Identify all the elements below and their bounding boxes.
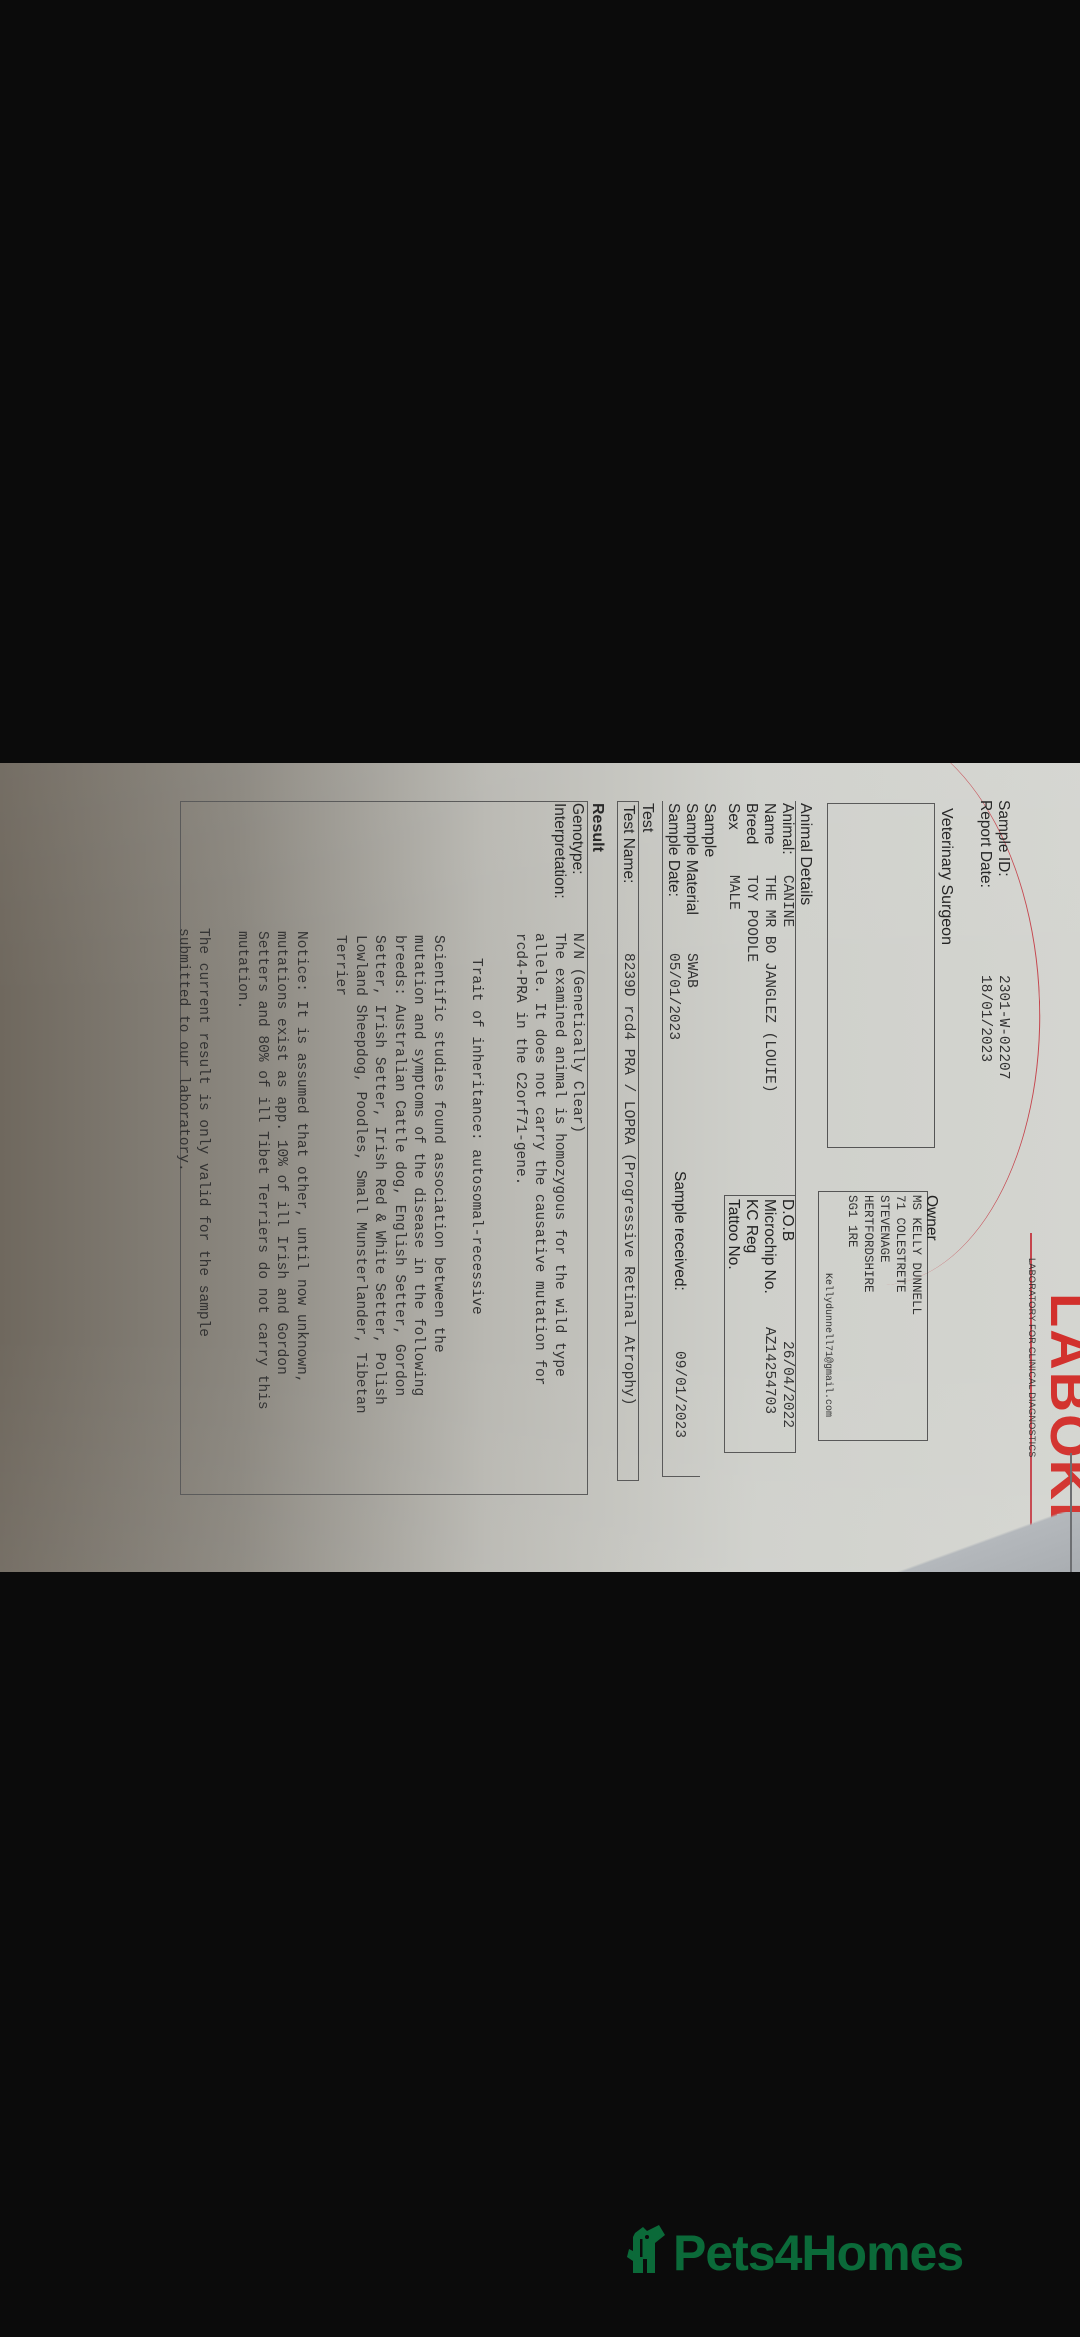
animal-details-title: Animal Details [796, 803, 814, 905]
dob-label: D.O.B [778, 1199, 796, 1241]
sample-title: Sample [700, 803, 718, 857]
validity-line: submitted to our laboratory. [173, 928, 193, 1337]
dog-icon [625, 2225, 667, 2278]
animal-value: CANINE [777, 875, 797, 927]
genotype-value: N/N (Genetically Clear) [567, 933, 587, 1133]
microchip-label: Microchip No. [760, 1199, 778, 1294]
genotype-label: Genotype: [568, 803, 586, 875]
studies-line: Setter, Irish Setter, Irish Red & White … [369, 935, 389, 1414]
tattoo-label: Tattoo No. [724, 1199, 742, 1270]
owner-line: STEVENAGE [876, 1195, 892, 1315]
pets4homes-watermark: Pets4Homes [625, 2225, 963, 2278]
dob-value: 26/04/2022 [777, 1341, 797, 1428]
sample-date-value: 05/01/2023 [663, 953, 683, 1040]
sex-label: Sex [724, 803, 742, 830]
document-photo: LABOKLIN LABORATORY FOR CLINICAL DIAGNOS… [0, 763, 1080, 1572]
interpretation-line: allele. It does not carry the causative … [529, 933, 549, 1385]
lab-report-page: LABOKLIN LABORATORY FOR CLINICAL DIAGNOS… [0, 763, 1080, 1572]
notice-text: Notice: It is assumed that other, until … [232, 931, 310, 1410]
sample-received-value: 09/01/2023 [669, 1351, 689, 1438]
interpretation-line: rcd4-PRA in the C2orf71-gene. [510, 933, 530, 1385]
kc-reg-label: KC Reg [742, 1199, 760, 1253]
name-value: THE MR BO JANGLEZ (LOUIE) [759, 875, 779, 1093]
studies-line: Terrier [330, 935, 350, 1414]
owner-line: MS KELLY DUNNELL [908, 1195, 924, 1315]
owner-line: SG1 1RE [844, 1195, 860, 1315]
breed-label: Breed [742, 803, 760, 844]
test-name-label: Test Name: [619, 805, 637, 883]
veterinary-surgeon-box [827, 803, 935, 1148]
page-edge [1070, 1453, 1072, 1572]
sample-material-value: SWAB [681, 953, 701, 988]
owner-address: MS KELLY DUNNELL 71 COLESTRETE STEVENAGE… [844, 1195, 924, 1315]
page-corner-underneath [890, 1512, 1080, 1572]
interpretation-text: The examined animal is homozygous for th… [510, 933, 569, 1385]
report-date-value: 18/01/2023 [975, 975, 995, 1062]
studies-text: Scientific studies found association bet… [330, 935, 447, 1414]
studies-line: mutation and symptoms of the disease in … [408, 935, 428, 1414]
test-name-value: 8239D rcd4 PRA / LOPRA (Progressive Reti… [618, 953, 638, 1405]
studies-line: Scientific studies found association bet… [428, 935, 448, 1414]
test-title: Test [638, 803, 656, 832]
veterinary-surgeon-title: Veterinary Surgeon [937, 808, 955, 945]
inheritance-text: Trait of inheritance: autosomal-recessiv… [466, 958, 486, 1315]
report-date-label: Report Date: [976, 800, 994, 888]
sample-received-label: Sample received: [670, 1171, 688, 1291]
studies-line: Lowland Sheepdog, Poodles, Small Munster… [350, 935, 370, 1414]
owner-line: HERTFORDSHIRE [860, 1195, 876, 1315]
microchip-value: AZ14254703 [759, 1327, 779, 1414]
validity-text: The current result is only valid for the… [173, 928, 212, 1337]
sex-value: MALE [723, 875, 743, 910]
sample-date-label: Sample Date: [664, 803, 682, 897]
owner-line: 71 COLESTRETE [892, 1195, 908, 1315]
interpretation-label: Interpretation: [550, 803, 568, 899]
validity-line: The current result is only valid for the… [193, 928, 213, 1337]
name-label: Name [760, 803, 778, 844]
logo-subtitle: LABORATORY FOR CLINICAL DIAGNOSTICS [1027, 1258, 1037, 1458]
owner-title: Owner [922, 1195, 940, 1241]
sample-id-value: 2301-W-02207 [993, 975, 1013, 1079]
notice-line: mutation. [232, 931, 252, 1410]
animal-label: Animal: [778, 803, 796, 855]
notice-line: mutations exist as app. 10% of ill Irish… [271, 931, 291, 1410]
studies-line: breeds: Australian Cattle dog, English S… [389, 935, 409, 1414]
notice-line: Notice: It is assumed that other, until … [291, 931, 311, 1410]
notice-line: Setters and 80% of ill Tibet Terriers do… [252, 931, 272, 1410]
owner-email: Kellydunnell71@gmail.com [818, 1273, 838, 1417]
result-title: Result [588, 803, 606, 852]
sample-id-label: Sample ID: [994, 800, 1012, 877]
breed-value: TOY POODLE [741, 875, 761, 962]
pets4homes-brand: Pets4Homes [673, 2228, 963, 2278]
sample-material-label: Sample Material [682, 803, 700, 915]
interpretation-line: The examined animal is homozygous for th… [549, 933, 569, 1385]
